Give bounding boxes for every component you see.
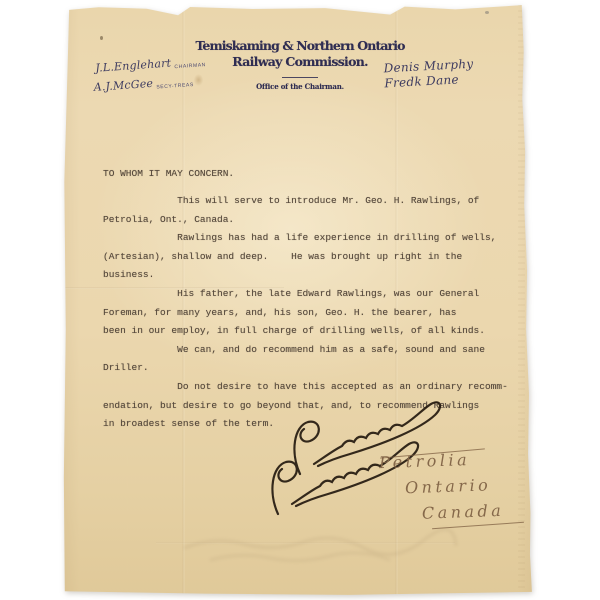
official-title: CHAIRMAN (174, 62, 206, 70)
body-line: Petrolia, Ont., Canada. (103, 211, 523, 230)
body-line: been in our employ, in full charge of dr… (103, 322, 523, 341)
body-line: (Artesian), shallow and deep. He was bro… (103, 248, 523, 267)
paper-speck (100, 36, 103, 40)
paper-speck (485, 11, 489, 14)
ink-showthrough (180, 524, 460, 568)
letter-paper: Temiskaming & Northern Ontario Railway C… (60, 4, 542, 596)
official-name: A.J.McGee (93, 77, 153, 94)
letterhead-org-line1: Temiskaming & Northern Ontario (150, 38, 450, 53)
body-line: His father, the late Edward Rawlings, wa… (103, 285, 523, 304)
body-line: Do not desire to have this accepted as a… (103, 378, 523, 397)
body-line: business. (103, 266, 523, 285)
scan-background: { "colors": { "paper": "#ecd9b2", "lette… (0, 0, 600, 600)
body-line: Foreman, for many years, and, his son, G… (103, 304, 523, 323)
handwritten-line: Canada (421, 498, 504, 527)
body-line: Driller. (103, 359, 523, 378)
handwritten-location: PetroliaOntarioCanada (379, 446, 505, 528)
official-title: SECY-TREAS (156, 82, 194, 91)
body-line: We can, and do recommend him as a safe, … (103, 341, 523, 360)
officials-left: J.L.EnglehartCHAIRMAN A.J.McGeeSECY-TREA… (95, 52, 205, 97)
paper-shadow: Temiskaming & Northern Ontario Railway C… (0, 0, 600, 600)
salutation: TO WHOM IT MAY CONCERN. (103, 168, 234, 179)
body-line: This will serve to introduce Mr. Geo. H.… (103, 192, 523, 211)
letterhead-divider (282, 77, 318, 78)
official-name: Fredk Dane (384, 72, 474, 92)
official-name: J.L.Englehart (95, 56, 172, 74)
officials-right: Denis MurphyFredk Dane (383, 57, 474, 92)
body-line: Rawlings has had a life experience in dr… (103, 229, 523, 248)
handwritten-line: Ontario (405, 472, 504, 501)
